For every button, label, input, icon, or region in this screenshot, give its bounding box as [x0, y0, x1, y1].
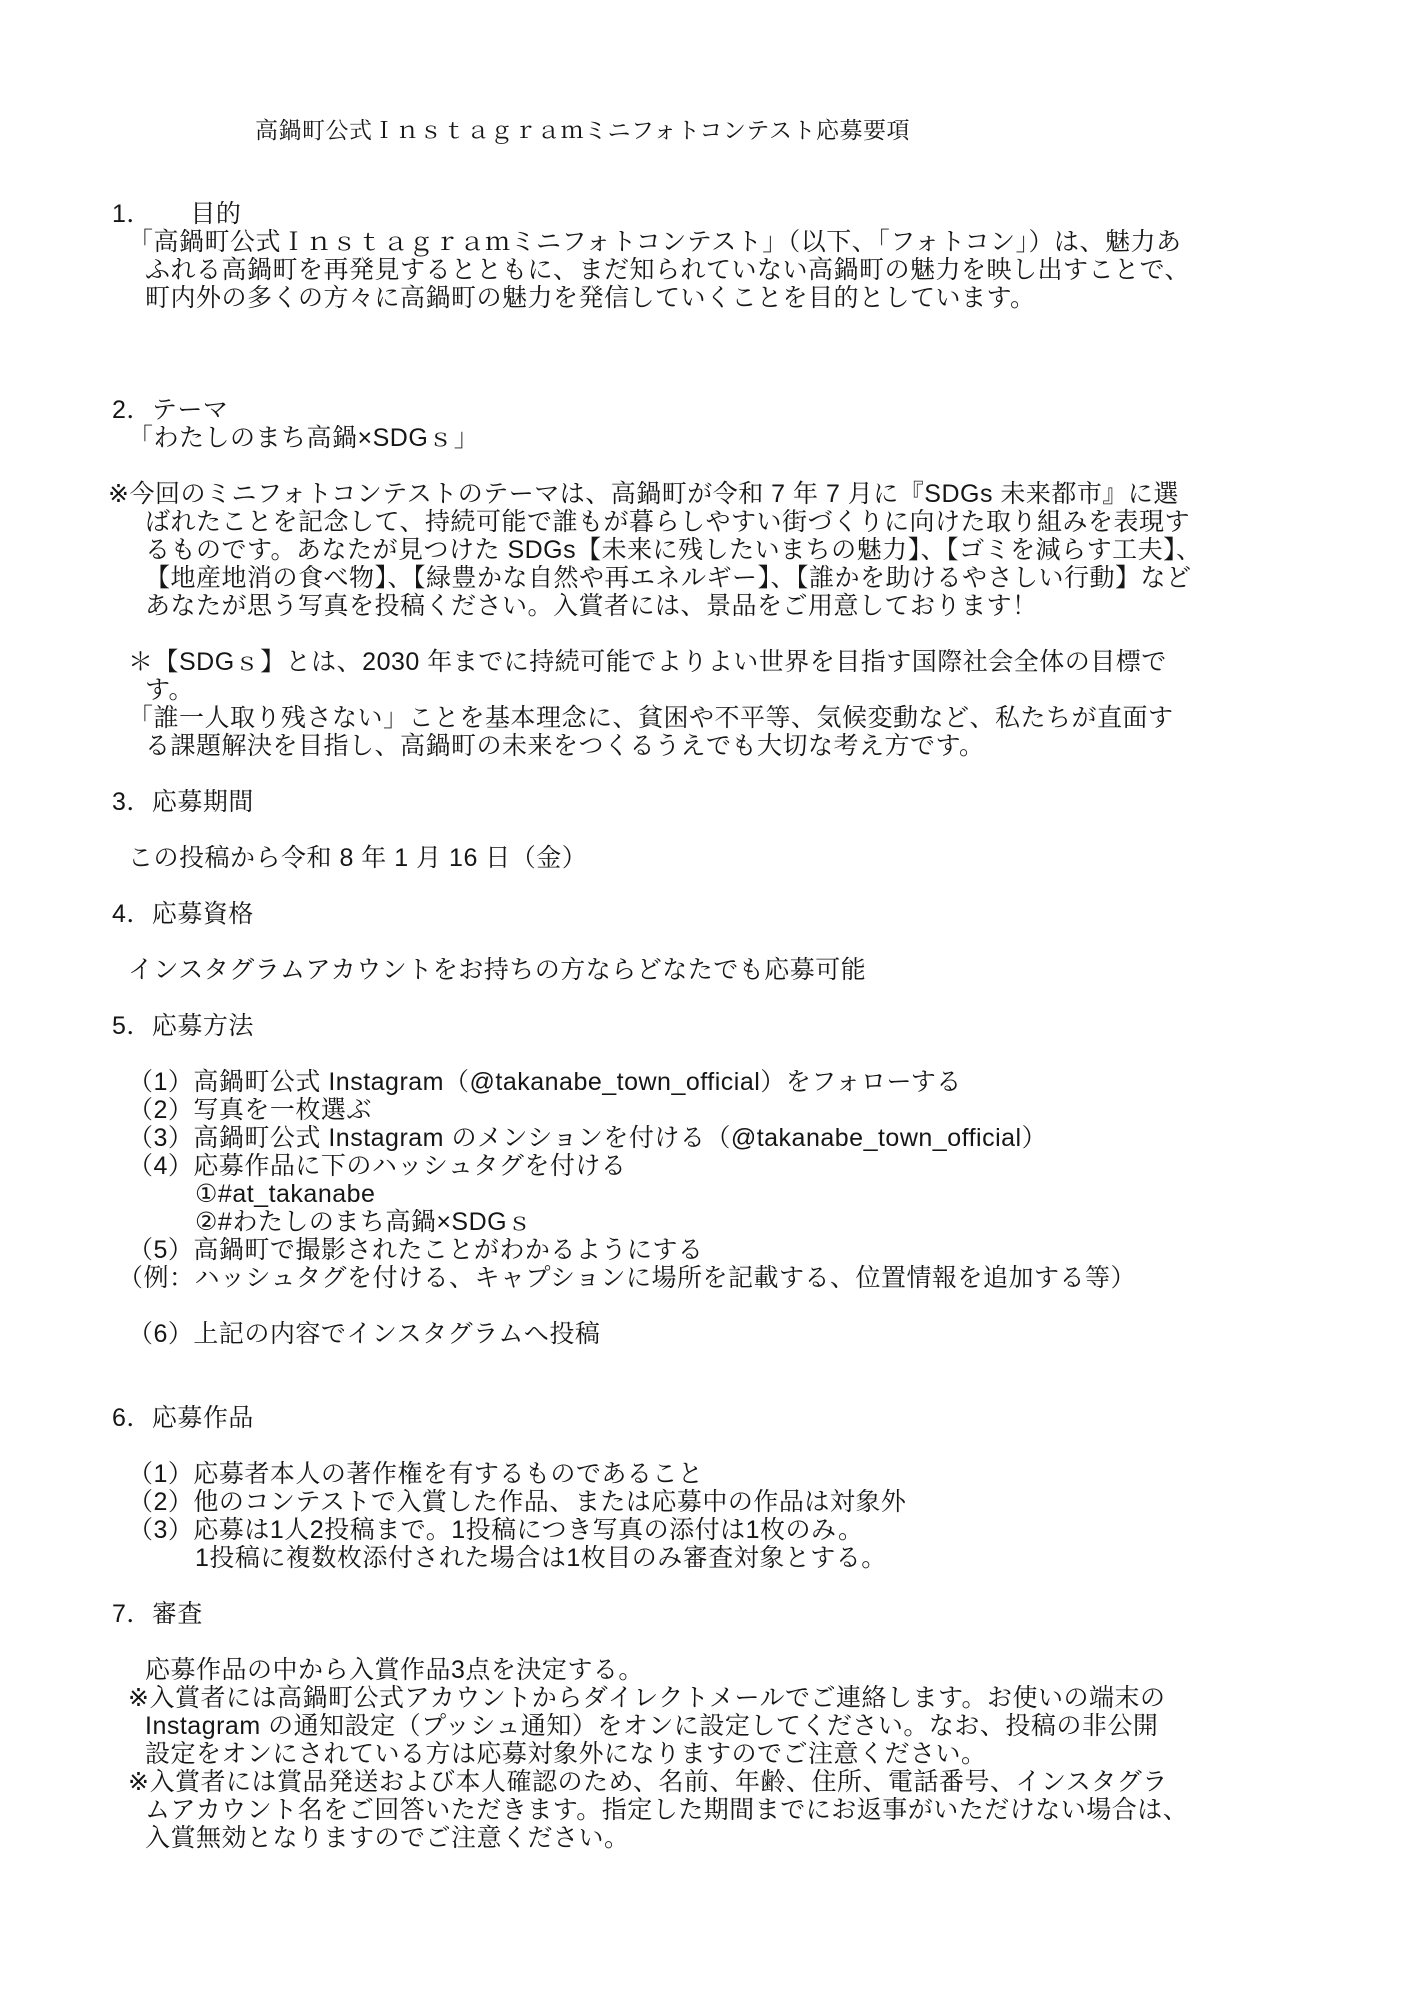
document-line: 2．テーマ [112, 396, 1323, 424]
blank-line [108, 312, 1323, 340]
document-line: ＊【SDGｓ】とは、2030 年までに持続可能でよりよい世界を目指す国際社会全体… [128, 648, 1323, 676]
blank-line [108, 1628, 1323, 1656]
document-line: 3．応募期間 [112, 788, 1323, 816]
document-line: 1投稿に複数枚添付された場合は1枚目のみ審査対象とする。 [195, 1544, 1323, 1572]
document-line: 応募作品の中から入賞作品3点を決定する。 [145, 1656, 1323, 1684]
document-line: （1）高鍋町公式 Instagram（@takanabe_town_offici… [128, 1068, 1323, 1096]
document-line: ※今回のミニフォトコンテストのテーマは、高鍋町が令和 7 年 7 月に『SDGs… [108, 480, 1323, 508]
document-line: （2）他のコンテストで入賞した作品、または応募中の作品は対象外 [128, 1488, 1323, 1516]
document-line: ※入賞者には賞品発送および本人確認のため、名前、年齢、住所、電話番号、インスタグ… [128, 1768, 1323, 1796]
blank-line [108, 452, 1323, 480]
document-line: 町内外の多くの方々に高鍋町の魅力を発信していくことを目的としています。 [145, 284, 1323, 312]
document-title: 高鍋町公式Ｉｎｓｔａｇｒａｍミニフォトコンテスト応募要項 [255, 116, 1323, 144]
document-line: 4．応募資格 [112, 900, 1323, 928]
blank-line [108, 984, 1323, 1012]
blank-line [108, 1292, 1323, 1320]
document-line: 6．応募作品 [112, 1404, 1323, 1432]
blank-line [108, 1376, 1323, 1404]
document-page: 高鍋町公式Ｉｎｓｔａｇｒａｍミニフォトコンテスト応募要項 1． 目的「高鍋町公式… [0, 0, 1413, 2000]
document-line: ふれる高鍋町を再発見するとともに、まだ知られていない高鍋町の魅力を映し出すことで… [145, 256, 1323, 284]
blank-line [108, 620, 1323, 648]
document-line: 「高鍋町公式Ｉｎｓｔａｇｒａｍミニフォトコンテスト」（以下、「フォトコン」）は、… [128, 228, 1323, 256]
document-line: ②#わたしのまち高鍋×SDGｓ [195, 1208, 1323, 1236]
document-line: インスタグラムアカウントをお持ちの方ならどなたでも応募可能 [128, 956, 1323, 984]
blank-line [108, 1572, 1323, 1600]
document-line: 設定をオンにされている方は応募対象外になりますのでご注意ください。 [145, 1740, 1323, 1768]
blank-line [108, 368, 1323, 396]
document-line: る課題解決を目指し、高鍋町の未来をつくるうえでも大切な考え方です。 [145, 732, 1323, 760]
document-line: 「誰一人取り残さない」ことを基本理念に、貧困や不平等、気候変動など、私たちが直面… [128, 704, 1323, 732]
document-line: 【地産地消の食べ物】、【緑豊かな自然や再エネルギー】、【誰かを助けるやさしい行動… [145, 564, 1323, 592]
blank-line [108, 1040, 1323, 1068]
document-line: るものです。あなたが見つけた SDGs【未来に残したいまちの魅力】、【ゴミを減ら… [145, 536, 1323, 564]
document-line: （1）応募者本人の著作権を有するものであること [128, 1460, 1323, 1488]
blank-line [108, 144, 1323, 172]
document-line: Instagram の通知設定（プッシュ通知）をオンに設定してください。なお、投… [145, 1712, 1323, 1740]
document-line: 入賞無効となりますのでご注意ください。 [145, 1824, 1323, 1852]
blank-line [108, 340, 1323, 368]
document-line: （4）応募作品に下のハッシュタグを付ける [128, 1152, 1323, 1180]
document-line: 7．審査 [112, 1600, 1323, 1628]
document-line: （3）応募は1人2投稿まで。1投稿につき写真の添付は1枚のみ。 [128, 1516, 1323, 1544]
document-line: ①#at_takanabe [195, 1180, 1323, 1208]
document-line: （2）写真を一枚選ぶ [128, 1096, 1323, 1124]
document-line: ムアカウント名をご回答いただきます。指定した期間までにお返事がいただけない場合は… [145, 1796, 1323, 1824]
document-line: ※入賞者には高鍋町公式アカウントからダイレクトメールでご連絡します。お使いの端末… [128, 1684, 1323, 1712]
blank-line [108, 760, 1323, 788]
document-line: 1． 目的 [112, 200, 1323, 228]
document-line: （3）高鍋町公式 Instagram のメンションを付ける（@takanabe_… [128, 1124, 1323, 1152]
document-line: あなたが思う写真を投稿ください。入賞者には、景品をご用意しております！ [145, 592, 1323, 620]
document-line: 「わたしのまち高鍋×SDGｓ」 [128, 424, 1323, 452]
document-line: 5．応募方法 [112, 1012, 1323, 1040]
blank-line [108, 1432, 1323, 1460]
blank-line [108, 872, 1323, 900]
document-line: （例：ハッシュタグを付ける、キャプションに場所を記載する、位置情報を追加する等） [118, 1264, 1323, 1292]
document-line: （5）高鍋町で撮影されたことがわかるようにする [128, 1236, 1323, 1264]
blank-line [108, 1348, 1323, 1376]
document-line: ばれたことを記念して、持続可能で誰もが暮らしやすい街づくりに向けた取り組みを表現… [145, 508, 1323, 536]
document-line: この投稿から令和 8 年 1 月 16 日（金） [128, 844, 1323, 872]
document-line: す。 [145, 676, 1323, 704]
document-body: 1． 目的「高鍋町公式Ｉｎｓｔａｇｒａｍミニフォトコンテスト」（以下、「フォトコ… [108, 144, 1323, 1852]
blank-line [108, 172, 1323, 200]
document-line: （6）上記の内容でインスタグラムへ投稿 [128, 1320, 1323, 1348]
blank-line [108, 816, 1323, 844]
blank-line [108, 928, 1323, 956]
